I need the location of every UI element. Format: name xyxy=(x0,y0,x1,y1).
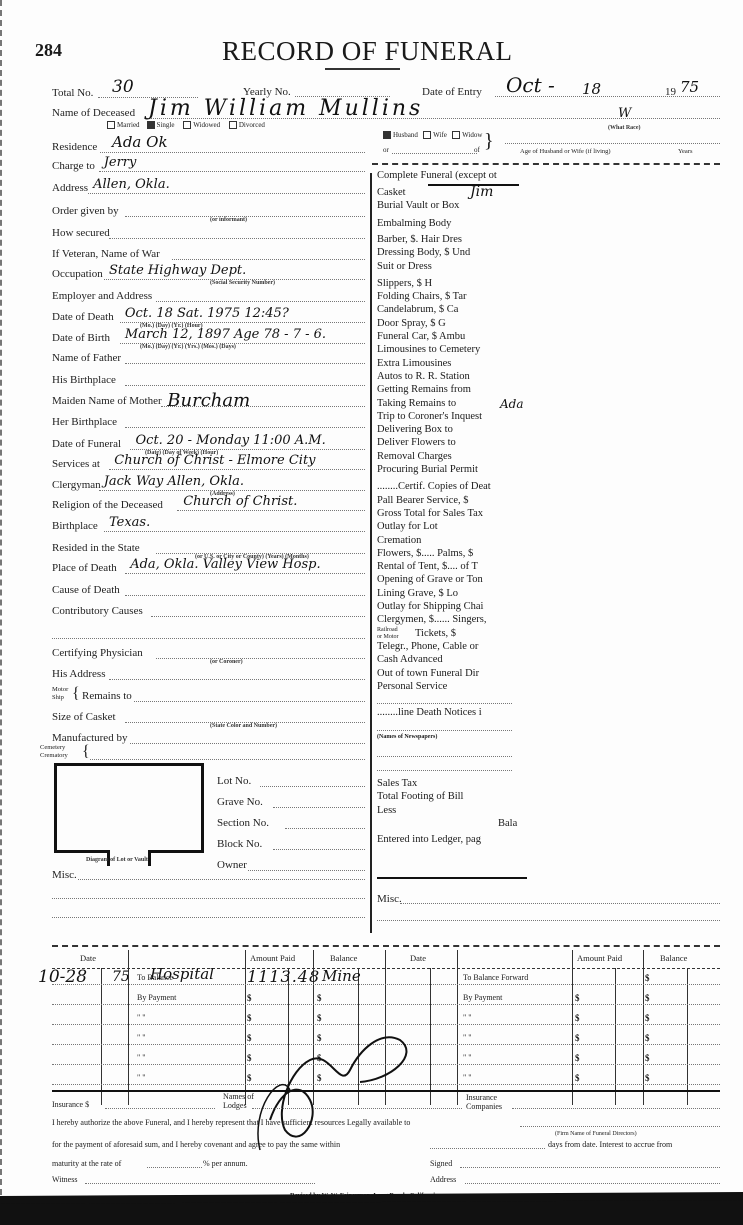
checkbox-husband[interactable] xyxy=(383,131,391,139)
field-line[interactable] xyxy=(125,363,365,364)
ledger-date-value[interactable]: 10-28 xyxy=(38,967,87,987)
ledger-right-desc: " " xyxy=(463,1053,472,1062)
field-line[interactable] xyxy=(125,427,365,428)
field-caption: (or informant) xyxy=(210,217,247,223)
days-text: days from date. Interest to accrue from xyxy=(548,1140,672,1149)
field-caption: (State Color and Number) xyxy=(210,723,277,729)
field-caption: (Mo.) (Day) (Yr.) (Yrs.) (Mos.) (Days) xyxy=(140,344,236,350)
scan-bottom-edge xyxy=(0,1200,743,1225)
widow-label: Widow xyxy=(462,131,482,139)
ledger-right-amount-dollar: $ xyxy=(575,1013,580,1023)
field-value[interactable]: Ada, Okla. Valley View Hosp. xyxy=(130,557,320,572)
field-label: His Address xyxy=(52,668,105,680)
charge-item: Burial Vault or Box xyxy=(377,200,459,211)
spouse-status-group: Husband Wife Widow xyxy=(383,131,482,139)
ledger-amount-value[interactable]: 1113.48 xyxy=(247,967,320,986)
charges-header: Complete Funeral (except ot xyxy=(377,170,497,181)
misc-line-3 xyxy=(52,917,365,918)
field-line[interactable] xyxy=(130,743,365,744)
field-label: Religion of the Deceased xyxy=(52,499,163,511)
charge-item: Extra Limousines xyxy=(377,358,451,369)
total-no-label: Total No. xyxy=(52,87,93,99)
charge-item: Opening of Grave or Ton xyxy=(377,574,483,585)
charge-item: ........line Death Notices i xyxy=(377,707,482,718)
field-label: Name of Father xyxy=(52,352,121,364)
charge-item: Telegr., Phone, Cable or xyxy=(377,641,478,652)
director-line xyxy=(520,1126,720,1127)
ledger-right-balance-dollar: $ xyxy=(645,973,650,983)
ledger-left-balance-header: Balance xyxy=(330,953,357,963)
ledger-right-balance-dollar: $ xyxy=(645,1053,650,1063)
field-label: Date of Funeral xyxy=(52,438,121,450)
field-label: Resided in the State xyxy=(52,542,140,554)
field-value[interactable]: Allen, Okla. xyxy=(93,177,170,192)
field-prefix: CemeteryCrematory xyxy=(40,744,68,760)
checkbox-divorced[interactable] xyxy=(229,121,237,129)
ledger-column-line xyxy=(572,950,573,1105)
charge-item: Slippers, $ H xyxy=(377,278,432,289)
lodges-line xyxy=(252,1108,462,1109)
misc-line-2 xyxy=(52,898,365,899)
companies-label-1: Insurance xyxy=(466,1093,497,1102)
charge-item: Lining Grave, $ Lo xyxy=(377,588,458,599)
field-value[interactable]: State Highway Dept. xyxy=(109,263,246,278)
field-caption: (or Coroner) xyxy=(210,659,243,665)
diagram-caption: Diagram of Lot or Vault xyxy=(86,857,148,863)
insurance-line xyxy=(105,1108,215,1109)
field-label: Address xyxy=(52,182,88,194)
field-line[interactable] xyxy=(177,510,365,511)
spouse-or-line xyxy=(392,153,477,154)
charge-item: Outlay for Shipping Chai xyxy=(377,601,483,612)
ledger-right-desc: " " xyxy=(463,1013,472,1022)
lot-field-label: Grave No. xyxy=(217,796,263,808)
charge-item: Folding Chairs, $ Tar xyxy=(377,291,467,302)
ledger-right-balance-dollar: $ xyxy=(645,1013,650,1023)
charge-item: Removal Charges xyxy=(377,451,452,462)
ledger-right-balance-dollar: $ xyxy=(645,1073,650,1083)
ledger-right-date-header: Date xyxy=(410,953,426,963)
field-label: Cause of Death xyxy=(52,584,120,596)
field-line[interactable] xyxy=(109,469,365,470)
widowed-label: Widowed xyxy=(193,121,220,129)
charge-item: (Names of Newspapers) xyxy=(377,734,437,740)
charge-item: Deliver Flowers to xyxy=(377,437,456,448)
charge-item: Limousines to Cemetery xyxy=(377,344,480,355)
charge-item: Pall Bearer Service, $ xyxy=(377,495,469,506)
field-label: How secured xyxy=(52,227,110,239)
single-label: Single xyxy=(157,121,175,129)
page-number: 284 xyxy=(35,40,62,61)
brace-icon: { xyxy=(72,685,80,703)
field-label: Date of Death xyxy=(52,311,114,323)
charge-blank-line[interactable] xyxy=(377,770,512,771)
field-line[interactable] xyxy=(172,259,365,260)
field-value[interactable]: Jerry xyxy=(104,155,137,170)
funeral-record-page: 284 RECORD OF FUNERAL Total No. 30 Yearl… xyxy=(0,0,743,1225)
tickets-prefix: Railroador Motor xyxy=(377,627,399,641)
lot-field-label: Section No. xyxy=(217,817,269,829)
field-label: Maiden Name of Mother xyxy=(52,395,162,407)
witness-label: Witness xyxy=(52,1175,77,1184)
ledger-column-line xyxy=(457,950,458,1105)
per-annum-text: % per annum. xyxy=(203,1159,248,1168)
lodges-label-1: Names of xyxy=(223,1092,254,1101)
field-line[interactable] xyxy=(134,701,365,702)
charge-blank-line[interactable] xyxy=(377,730,512,731)
signed-label: Signed xyxy=(430,1159,452,1168)
maturity-text: maturity at the rate of xyxy=(52,1159,121,1168)
authorize-text: I hereby authorize the above Funeral, an… xyxy=(52,1118,410,1127)
field-label: Occupation xyxy=(52,268,103,280)
ledger-right-desc: To Balance Forward xyxy=(463,973,528,982)
charge-item: Less xyxy=(377,805,396,816)
charge-item: Casket xyxy=(377,187,406,198)
field-line[interactable] xyxy=(125,595,365,596)
field-label: Contributory Causes xyxy=(52,605,143,617)
ledger-row-line[interactable] xyxy=(52,1004,720,1005)
field-value[interactable]: Jack Way Allen, Okla. xyxy=(104,474,244,489)
charge-item: Flowers, $..... Palms, $ xyxy=(377,548,473,559)
checkbox-married[interactable] xyxy=(107,121,115,129)
charge-item: Gross Total for Sales Tax xyxy=(377,508,483,519)
field-value[interactable]: Church of Christ. xyxy=(183,494,297,509)
companies-label-2: Companies xyxy=(466,1102,502,1111)
ledger-right-desc: By Payment xyxy=(463,993,502,1002)
marital-status-group: Married Single Widowed Divorced xyxy=(107,121,265,129)
address-label: Address xyxy=(430,1175,456,1184)
field-prefix-line: Ship xyxy=(52,694,68,702)
spouse-or-label: or xyxy=(383,146,389,154)
ledger-left-desc: " " xyxy=(137,1013,146,1022)
ledger-desc-handwritten[interactable]: Hospital xyxy=(150,965,214,983)
misc-right-line-1 xyxy=(400,903,720,904)
charge-item: Barber, $. Hair Dres xyxy=(377,234,462,245)
residence-line xyxy=(100,152,365,153)
residence-value[interactable]: Ada Ok xyxy=(112,133,168,151)
charge-item: Trip to Coroner's Inquest xyxy=(377,411,482,422)
charge-item: Dressing Body, $ Und xyxy=(377,247,470,258)
column-divider xyxy=(370,173,372,933)
signature-scrawl xyxy=(240,1010,440,1160)
marital-divorced[interactable]: Divorced xyxy=(229,121,265,129)
charge-blank-line[interactable] xyxy=(377,703,512,704)
charge-item: Candelabrum, $ Ca xyxy=(377,304,458,315)
charge-item: Personal Service xyxy=(377,681,447,692)
charges-top-dashed-line xyxy=(372,163,720,165)
charge-item: Outlay for Lot xyxy=(377,521,438,532)
charge-item: Tickets, $ xyxy=(415,628,456,639)
misc-line-1 xyxy=(78,879,365,880)
married-label: Married xyxy=(117,121,140,129)
lot-field-line[interactable] xyxy=(273,807,365,808)
charge-item: Door Spray, $ G xyxy=(377,318,446,329)
wife-label: Wife xyxy=(433,131,447,139)
rate-line xyxy=(147,1167,202,1168)
field-line[interactable] xyxy=(99,171,365,172)
misc-right-line-2 xyxy=(377,920,720,921)
race-value[interactable]: W xyxy=(618,106,631,121)
charge-item: Entered into Ledger, pag xyxy=(377,834,481,845)
field-value[interactable]: March 12, 1897 Age 78 - 7 - 6. xyxy=(125,327,326,342)
charge-item: Sales Tax xyxy=(377,778,417,789)
lot-field-label: Block No. xyxy=(217,838,262,850)
name-of-deceased-label: Name of Deceased xyxy=(52,107,135,119)
field-label: If Veteran, Name of War xyxy=(52,248,160,260)
marital-married[interactable]: Married xyxy=(107,121,140,129)
document-title: RECORD OF FUNERAL xyxy=(222,36,513,67)
misc-label-left: Misc. xyxy=(52,869,77,881)
spouse-husband[interactable]: Husband xyxy=(383,131,418,139)
date-of-entry-day[interactable]: 18 xyxy=(582,80,601,98)
field-caption: (Social Security Number) xyxy=(210,280,275,286)
checkbox-single[interactable] xyxy=(147,121,155,129)
charge-item: Out of town Funeral Dir xyxy=(377,668,479,679)
field-label: Services at xyxy=(52,458,100,470)
ledger-balance-value[interactable]: Mine xyxy=(322,967,361,985)
ledger-row-line[interactable] xyxy=(52,984,720,985)
lot-field-line[interactable] xyxy=(285,828,365,829)
race-caption: (What Race) xyxy=(608,125,641,131)
field-value[interactable]: Texas. xyxy=(109,515,150,530)
field-value[interactable]: Oct. 20 - Monday 11:00 A.M. xyxy=(136,433,326,448)
charge-item: Taking Remains to xyxy=(377,398,456,409)
charge-item: Procuring Burial Permit xyxy=(377,464,478,475)
field-label: Place of Death xyxy=(52,562,117,574)
ledger-top-dashed-line xyxy=(52,945,720,947)
spouse-age-label: Age of Husband or Wife (if living) xyxy=(520,148,611,155)
field-line[interactable] xyxy=(109,679,365,680)
charge-item: ........Certif. Copies of Deat xyxy=(377,481,491,492)
spouse-wife[interactable]: Wife xyxy=(423,131,447,139)
ledger-right-amount-dollar: $ xyxy=(575,1033,580,1043)
field-line[interactable] xyxy=(156,301,365,302)
lot-field-label: Owner xyxy=(217,859,247,871)
ledger-left-desc: By Payment xyxy=(137,993,176,1002)
ledger-separator xyxy=(377,877,527,879)
address-line[interactable] xyxy=(465,1183,720,1184)
field-prefix: MotorShip xyxy=(52,686,68,702)
date-of-entry-year-prefix: 19 xyxy=(665,86,676,98)
checkbox-widowed[interactable] xyxy=(183,121,191,129)
field-prefix-line: Crematory xyxy=(40,752,68,760)
ledger-balance-dollar: $ xyxy=(317,993,322,1003)
spouse-of-label: of xyxy=(474,146,480,154)
lodges-label-2: Lodges xyxy=(223,1101,247,1110)
brace-icon: { xyxy=(82,743,90,761)
signed-line[interactable] xyxy=(460,1167,720,1168)
charge-item: Clergymen, $...... Singers, xyxy=(377,614,486,625)
charge-item: Suit or Dress xyxy=(377,261,432,272)
brace-icon: } xyxy=(484,131,494,151)
field-line[interactable] xyxy=(125,385,365,386)
field-line[interactable] xyxy=(125,573,365,574)
ledger-left-date-header: Date xyxy=(80,953,96,963)
field-label: Size of Casket xyxy=(52,711,116,723)
lot-field-line[interactable] xyxy=(260,786,365,787)
charge-item: Autos to R. R. Station xyxy=(377,371,470,382)
diagram-right-stem xyxy=(148,850,151,866)
field-label: Her Birthplace xyxy=(52,416,117,428)
title-underline xyxy=(325,68,400,70)
ledger-right-amount-header: Amount Paid xyxy=(577,953,622,963)
lot-field-label: Lot No. xyxy=(217,775,251,787)
ledger-left-desc: " " xyxy=(137,1073,146,1082)
spouse-years-label: Years xyxy=(678,148,693,155)
marital-widowed[interactable]: Widowed xyxy=(183,121,220,129)
insurance-label: Insurance $ xyxy=(52,1100,89,1109)
tickets-prefix-line: Railroad xyxy=(377,627,399,634)
field-value[interactable]: Burcham xyxy=(167,390,250,411)
ledger-left-desc: " " xyxy=(137,1053,146,1062)
lot-diagram xyxy=(54,763,204,853)
checkbox-wife[interactable] xyxy=(423,131,431,139)
ledger-right-amount-dollar: $ xyxy=(575,1073,580,1083)
field-line[interactable] xyxy=(88,193,365,194)
companies-line xyxy=(512,1108,720,1109)
checkbox-widow[interactable] xyxy=(452,131,460,139)
field-line[interactable] xyxy=(109,238,365,239)
charge-item: Funeral Car, $ Ambu xyxy=(377,331,465,342)
tickets-prefix-line: or Motor xyxy=(377,634,399,641)
spouse-widow[interactable]: Widow xyxy=(452,131,482,139)
date-of-entry-month[interactable]: Oct - xyxy=(506,73,555,97)
payment-text: for the payment of aforesaid sum, and I … xyxy=(52,1140,340,1149)
ledger-right-desc: " " xyxy=(463,1033,472,1042)
field-line[interactable] xyxy=(151,616,365,617)
ledger-right-amount-dollar: $ xyxy=(575,1053,580,1063)
field-prefix-line: Motor xyxy=(52,686,68,694)
ledger-right-balance-dollar: $ xyxy=(645,1033,650,1043)
charge-item: Total Footing of Bill xyxy=(377,791,463,802)
charge-item: Cremation xyxy=(377,535,421,546)
misc-label-right: Misc. xyxy=(377,893,402,905)
field-label: Remains to xyxy=(82,690,132,702)
field-label: Employer and Address xyxy=(52,290,152,302)
charge-blank-line[interactable] xyxy=(377,756,512,757)
witness-line[interactable] xyxy=(85,1183,315,1184)
charge-item: Embalming Body xyxy=(377,218,451,229)
ledger-column-line xyxy=(643,950,644,1105)
field-label: Birthplace xyxy=(52,520,98,532)
days-line xyxy=(430,1148,545,1149)
divorced-label: Divorced xyxy=(239,121,265,129)
ledger-right-desc: " " xyxy=(463,1073,472,1082)
ledger-right-balance-header: Balance xyxy=(660,953,687,963)
charge-item: Cash Advanced xyxy=(377,654,443,665)
name-of-deceased-value[interactable]: Jim William Mullins xyxy=(148,96,423,121)
residence-label: Residence xyxy=(52,141,97,153)
getting-remains-value[interactable]: Ada xyxy=(500,397,524,411)
date-of-entry-label: Date of Entry xyxy=(422,86,482,98)
charge-item: Bala xyxy=(498,818,517,829)
scan-left-edge xyxy=(0,0,4,1225)
field-label: Manufactured by xyxy=(52,732,127,744)
charge-item: Delivering Box to xyxy=(377,424,453,435)
field-label: Order given by xyxy=(52,205,119,217)
field-label: Clergyman xyxy=(52,479,101,491)
field-label: Certifying Physician xyxy=(52,647,143,659)
lot-field-line[interactable] xyxy=(248,870,365,871)
ledger-amount-dollar: $ xyxy=(247,993,252,1003)
field-value[interactable]: Oct. 18 Sat. 1975 12:45? xyxy=(125,306,289,321)
field-prefix-line: Cemetery xyxy=(40,744,68,752)
spouse-line xyxy=(505,143,720,144)
ledger-year-value[interactable]: 75 xyxy=(112,969,130,985)
field-line[interactable] xyxy=(104,531,365,532)
field-label: Charge to xyxy=(52,160,95,172)
date-of-entry-year[interactable]: 75 xyxy=(680,78,699,96)
field-line[interactable] xyxy=(52,638,365,639)
field-line[interactable] xyxy=(156,658,365,659)
field-value[interactable]: Church of Christ - Elmore City xyxy=(114,453,315,468)
total-no-value[interactable]: 30 xyxy=(112,77,134,97)
marital-single[interactable]: Single xyxy=(147,121,175,129)
field-label: His Birthplace xyxy=(52,374,116,386)
ledger-right-balance-dollar: $ xyxy=(645,993,650,1003)
charge-item: Getting Remains from xyxy=(377,384,471,395)
charge-item: Rental of Tent, $.... of T xyxy=(377,561,478,572)
ledger-right-amount-dollar: $ xyxy=(575,993,580,1003)
casket-value[interactable]: Jim xyxy=(470,184,493,200)
husband-label: Husband xyxy=(393,131,418,139)
ledger-left-amount-header: Amount Paid xyxy=(250,953,295,963)
field-label: Date of Birth xyxy=(52,332,110,344)
lot-field-line[interactable] xyxy=(273,849,365,850)
ledger-left-desc: " " xyxy=(137,1033,146,1042)
field-line[interactable] xyxy=(90,759,365,760)
director-caption: (Firm Name of Funeral Directors) xyxy=(555,1131,637,1137)
